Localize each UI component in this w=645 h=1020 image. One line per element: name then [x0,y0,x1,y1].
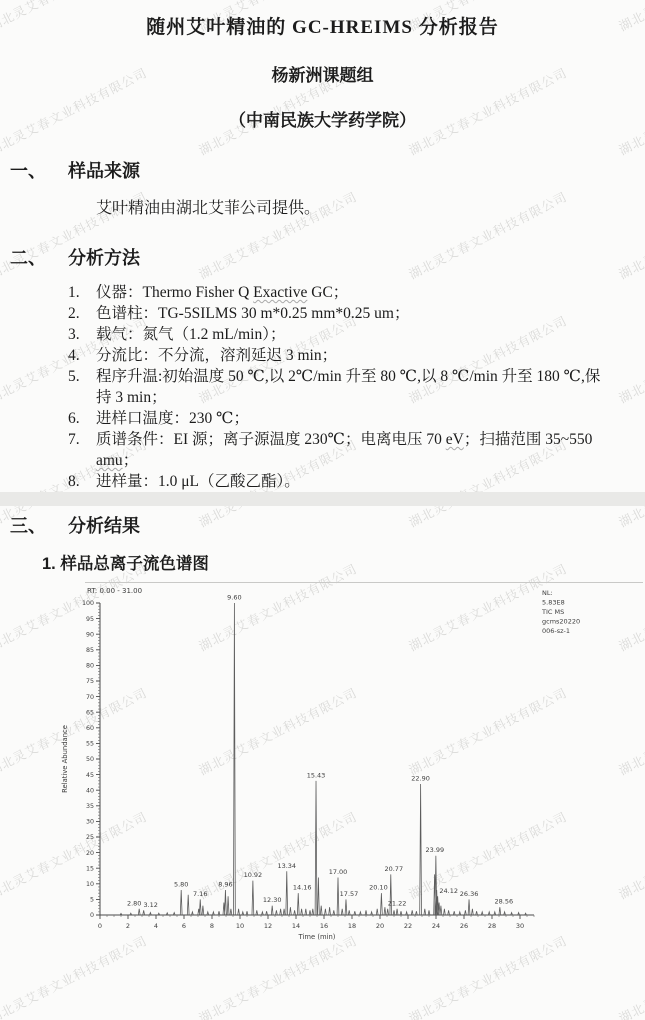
method-item-number: 2. [68,303,88,324]
y-tick-label: 20 [86,850,94,857]
nl-annotation-line: NL: [542,589,553,597]
page-separator [0,492,645,506]
peak-label: 5.80 [174,881,188,889]
x-tick-label: 24 [432,922,440,930]
chromatogram-peaks [120,603,526,915]
y-tick-label: 100 [82,600,94,607]
y-tick-label: 45 [86,772,94,779]
y-tick-label: 70 [86,694,94,701]
method-item-number: 3. [68,324,88,345]
minor-ticks [98,606,534,917]
method-item-text: 色谱柱：TG-5SILMS 30 m*0.25 mm*0.25 um； [96,303,409,324]
method-item-number: 5. [68,366,88,408]
peak-label: 10.92 [244,871,263,879]
section-1-title: 样品来源 [68,157,140,183]
section-3-title: 分析结果 [68,512,140,538]
x-tick-label: 2 [126,922,130,930]
section-2-number: 二、 [10,244,68,270]
spellcheck-underlined-word: eV [446,431,464,448]
section-2-title: 分析方法 [68,244,140,270]
x-tick-label: 6 [182,922,186,930]
tic-chromatogram-chart: RT: 0.00 - 31.00NL:5.83E8TIC MSgcms20220… [60,583,644,951]
page-title: 随州艾叶精油的 GC-HREIMS 分析报告 [0,12,645,39]
method-item: 3.载气：氮气（1.2 mL/min）； [68,324,615,345]
x-tick-label: 26 [460,922,468,930]
section-1-number: 一、 [10,157,68,183]
peak-label: 14.16 [293,884,312,892]
peak-label: 17.00 [329,868,348,876]
method-item: 6.进样口温度：230 ℃； [68,408,615,429]
peak-label: 20.77 [384,865,403,873]
spellcheck-underlined-word: amu [96,452,123,469]
peak-label: 12.30 [263,896,282,904]
spellcheck-underlined-word: Exactive [253,284,307,301]
affiliation: （中南民族大学药学院） [0,106,645,131]
peak-label: 22.90 [411,774,430,782]
method-item-text: 进样量：1.0 μL（乙酸乙酯）。 [96,471,300,492]
x-tick-label: 28 [488,922,496,930]
y-tick-label: 40 [86,787,94,794]
x-tick-label: 4 [154,922,158,930]
method-item-text: 载气：氮气（1.2 mL/min）； [96,324,285,345]
section-2-heading: 二、 分析方法 [0,244,645,270]
section-1-heading: 一、 样品来源 [0,157,645,183]
method-item-text: 质谱条件：EI 源；离子源温度 230℃；电离电压 70 eV；扫描范围 35~… [96,429,615,471]
method-item-text: 分流比：不分流，溶剂延迟 3 min； [96,345,337,366]
method-item-text: 程序升温:初始温度 50 ℃,以 2℃/min 升至 80 ℃,以 8 ℃/mi… [96,366,615,408]
method-item-number: 7. [68,429,88,471]
y-tick-label: 65 [86,709,94,716]
y-axis-title: Relative Abundance [61,725,69,793]
x-tick-label: 14 [292,922,300,930]
x-axis-title: Time (min) [298,933,336,941]
peak-label: 28.56 [495,898,514,906]
peak-label: 3.12 [143,901,157,909]
peak-label: 15.43 [307,771,326,779]
peak-label: 17.57 [340,890,359,898]
chromatogram-figure: RT: 0.00 - 31.00NL:5.83E8TIC MSgcms20220… [60,582,644,951]
y-tick-label: 30 [86,819,94,826]
y-tick-label: 85 [86,647,94,654]
method-item-text: 仪器：Thermo Fisher Q Exactive GC； [96,282,348,303]
peak-label: 26.36 [460,890,479,898]
nl-annotation-line: TIC MS [541,608,564,616]
method-item: 8.进样量：1.0 μL（乙酸乙酯）。 [68,471,615,492]
report-page-1: 随州艾叶精油的 GC-HREIMS 分析报告 杨新洲课题组 （中南民族大学药学院… [0,12,645,492]
method-item: 1.仪器：Thermo Fisher Q Exactive GC； [68,282,615,303]
method-item: 5.程序升温:初始温度 50 ℃,以 2℃/min 升至 80 ℃,以 8 ℃/… [68,366,615,408]
section-3-number: 三、 [10,512,68,538]
y-tick-label: 10 [86,881,94,888]
method-item-number: 8. [68,471,88,492]
sample-source-text: 艾叶精油由湖北艾菲公司提供。 [96,195,645,218]
x-tick-label: 0 [98,922,102,930]
major-ticks [96,603,520,919]
x-tick-label: 16 [320,922,328,930]
rt-range-label: RT: 0.00 - 31.00 [87,587,142,595]
peak-label: 21.22 [388,899,407,907]
nl-annotation-line: 5.83E8 [542,599,565,607]
method-item-number: 6. [68,408,88,429]
peak-label: 20.10 [369,884,388,892]
y-tick-label: 5 [90,897,94,904]
peak-label: 24.12 [439,887,458,895]
x-tick-label: 10 [236,922,244,930]
x-tick-label: 12 [264,922,272,930]
y-tick-label: 15 [86,865,94,872]
y-tick-label: 55 [86,741,94,748]
report-page-2: 三、 分析结果 1. 样品总离子流色谱图 RT: 0.00 - 31.00NL:… [0,512,645,951]
y-tick-label: 50 [86,756,94,763]
page-subtitle: 杨新洲课题组 [0,61,645,86]
x-tick-label: 20 [376,922,384,930]
x-tick-label: 8 [210,922,214,930]
x-tick-label: 22 [404,922,412,930]
y-tick-label: 25 [86,834,94,841]
method-list: 1.仪器：Thermo Fisher Q Exactive GC；2.色谱柱：T… [0,282,645,492]
method-item: 4.分流比：不分流，溶剂延迟 3 min； [68,345,615,366]
peak-label: 13.34 [277,862,296,870]
y-tick-label: 60 [86,725,94,732]
method-item: 2.色谱柱：TG-5SILMS 30 m*0.25 mm*0.25 um； [68,303,615,324]
x-tick-label: 18 [348,922,356,930]
nl-annotation-line: 006-sz-1 [542,627,570,635]
chromatogram-title: 1. 样品总离子流色谱图 [42,550,645,574]
y-tick-label: 90 [86,631,94,638]
y-tick-label: 35 [86,803,94,810]
peak-label: 23.99 [426,846,445,854]
peak-label: 7.16 [193,890,207,898]
y-tick-label: 75 [86,678,94,685]
method-item: 7.质谱条件：EI 源；离子源温度 230℃；电离电压 70 eV；扫描范围 3… [68,429,615,471]
peak-label: 2.80 [127,899,141,907]
method-item-text: 进样口温度：230 ℃； [96,408,249,429]
method-item-number: 4. [68,345,88,366]
y-tick-label: 80 [86,663,94,670]
y-tick-label: 95 [86,616,94,623]
peak-label: 8.96 [218,881,232,889]
x-tick-label: 30 [516,922,524,930]
nl-annotation-line: gcms20220 [542,618,580,626]
method-item-number: 1. [68,282,88,303]
section-3-heading: 三、 分析结果 [0,512,645,538]
peak-label: 9.60 [227,594,241,602]
y-tick-label: 0 [90,912,94,919]
